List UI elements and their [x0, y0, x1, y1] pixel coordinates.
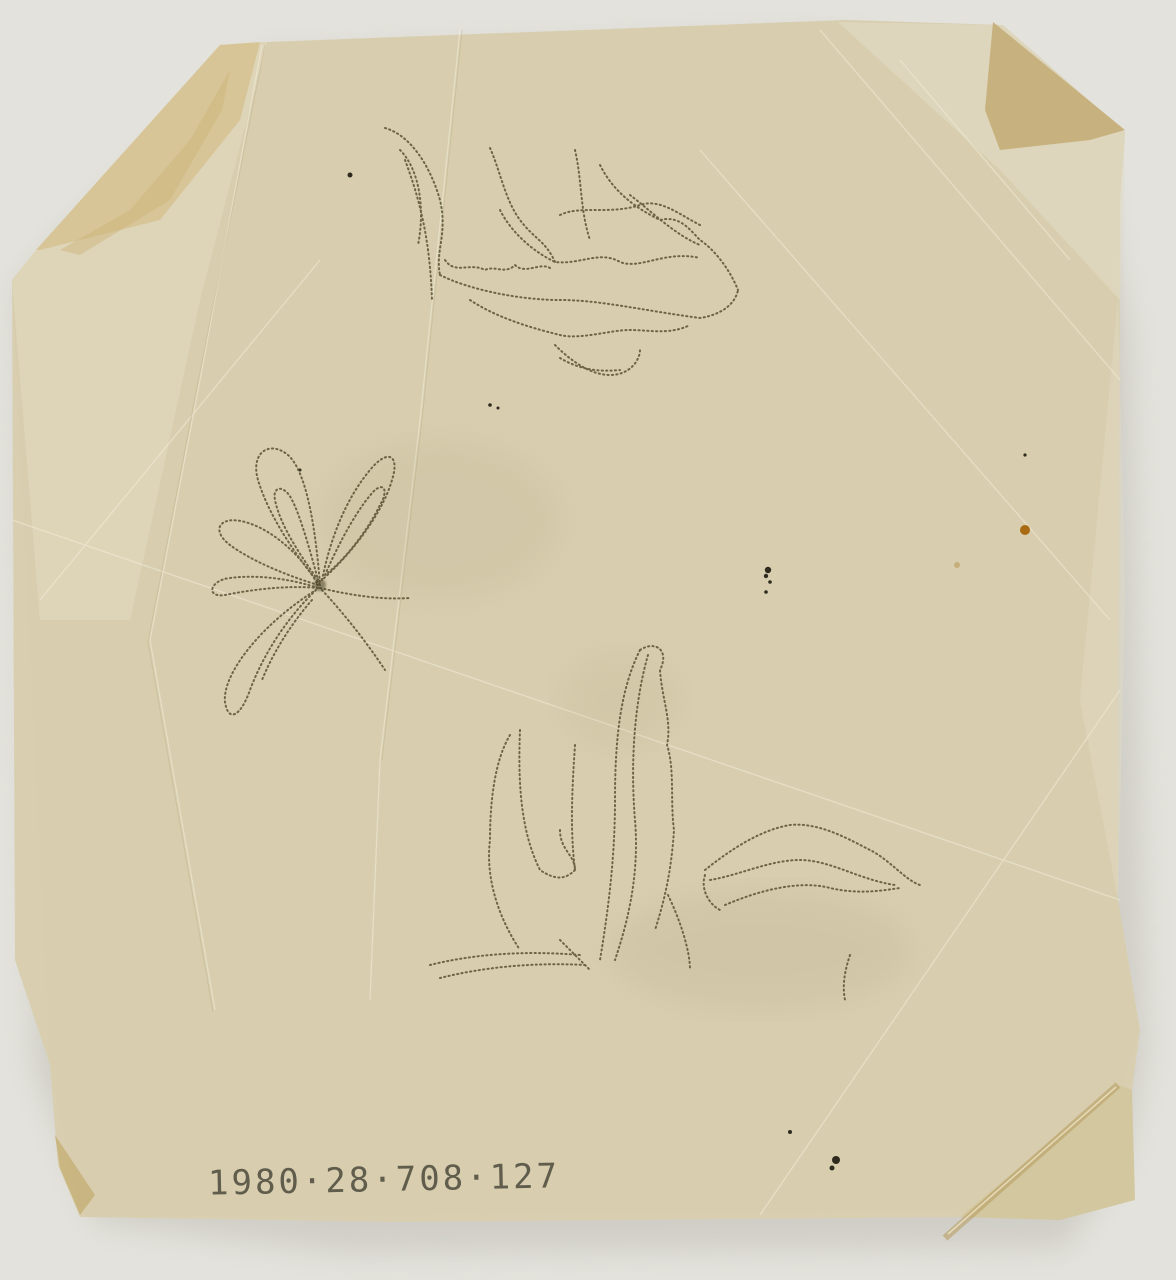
paper-sheet	[0, 0, 1176, 1280]
photograph: 1980·28·708·127	[0, 0, 1176, 1280]
stain-spot	[1020, 525, 1030, 535]
folded-corner-top-right	[985, 22, 1125, 150]
accession-number: 1980·28·708·127	[208, 1156, 561, 1203]
